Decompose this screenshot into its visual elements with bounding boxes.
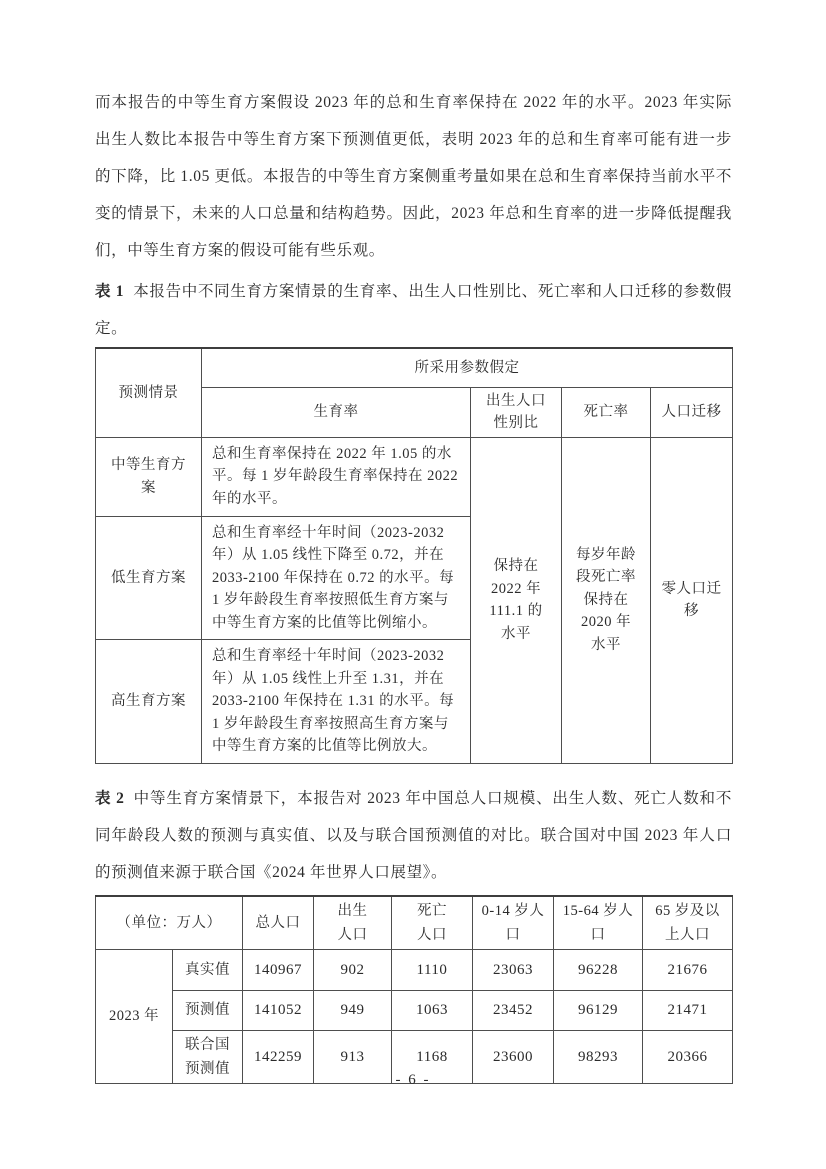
document-page: 而本报告的中等生育方案假设 2023 年的总和生育率保持在 2022 年的水平。… xyxy=(0,0,826,1169)
table1-fertility-cell: 总和生育率经十年时间（2023-2032 年）从 1.05 线性下降至 0.72… xyxy=(202,516,471,640)
table2-header-age-15-64: 15-64 岁人口 xyxy=(554,896,643,950)
table2-header-total-population: 总人口 xyxy=(243,896,314,950)
table2-caption-text: 中等生育方案情景下，本报告对 2023 年中国总人口规模、出生人数、死亡人数和不… xyxy=(95,790,732,881)
table1-scenario-cell: 中等生育方案 xyxy=(96,437,202,516)
table1-header-sex-ratio: 出生人口性别比 xyxy=(471,387,562,437)
table2-header-births: 出生人口 xyxy=(314,896,392,950)
page-number: - 6 - xyxy=(0,1072,826,1089)
table2-row-predicted: 预测值 141052 949 1063 23452 96129 21471 xyxy=(96,990,733,1030)
table1-header-fertility: 生育率 xyxy=(202,387,471,437)
table1-header-params-group: 所采用参数假定 xyxy=(202,348,733,387)
table2-caption: 表 2中等生育方案情景下，本报告对 2023 年中国总人口规模、出生人数、死亡人… xyxy=(95,780,732,891)
table1-row-medium: 中等生育方案 总和生育率保持在 2022 年 1.05 的水平。每 1 岁年龄段… xyxy=(96,437,733,516)
table2-value-cell: 21471 xyxy=(643,990,733,1030)
table2-value-cell: 21676 xyxy=(643,949,733,990)
table1-fertility-cell: 总和生育率经十年时间（2023-2032 年）从 1.05 线性上升至 1.31… xyxy=(202,640,471,764)
page-content: 而本报告的中等生育方案假设 2023 年的总和生育率保持在 2022 年的水平。… xyxy=(95,0,732,1084)
table2-value-cell: 96228 xyxy=(554,949,643,990)
table2-value-cell: 140967 xyxy=(243,949,314,990)
table2-value-cell: 23452 xyxy=(473,990,554,1030)
table1-header-row-1: 预测情景 所采用参数假定 xyxy=(96,348,733,387)
table1-scenario-cell: 高生育方案 xyxy=(96,640,202,764)
intro-paragraph: 而本报告的中等生育方案假设 2023 年的总和生育率保持在 2022 年的水平。… xyxy=(95,84,732,269)
table1-merged-sex-ratio-cell: 保持在 2022 年 111.1 的水平 xyxy=(471,437,562,763)
table2-value-cell: 1063 xyxy=(392,990,473,1030)
table1-parameter-assumptions: 预测情景 所采用参数假定 生育率 出生人口性别比 死亡率 人口迁移 中等生育方案… xyxy=(95,347,733,764)
table2-value-cell: 949 xyxy=(314,990,392,1030)
table1-caption-label: 表 1 xyxy=(95,283,124,300)
table2-header-age-65-plus: 65 岁及以上人口 xyxy=(643,896,733,950)
table2-row-label: 真实值 xyxy=(173,949,243,990)
table2-value-cell: 96129 xyxy=(554,990,643,1030)
table2-header-row: （单位：万人） 总人口 出生人口 死亡人口 0-14 岁人口 15-64 岁人口… xyxy=(96,896,733,950)
table1-header-mortality: 死亡率 xyxy=(562,387,651,437)
table2-population-comparison: （单位：万人） 总人口 出生人口 死亡人口 0-14 岁人口 15-64 岁人口… xyxy=(95,895,733,1084)
table1-fertility-cell: 总和生育率保持在 2022 年 1.05 的水平。每 1 岁年龄段生育率保持在 … xyxy=(202,437,471,516)
table2-header-deaths: 死亡人口 xyxy=(392,896,473,950)
table2-value-cell: 902 xyxy=(314,949,392,990)
table2-year-cell: 2023 年 xyxy=(96,949,173,1083)
table2-row-actual: 2023 年 真实值 140967 902 1110 23063 96228 2… xyxy=(96,949,733,990)
table2-header-age-0-14: 0-14 岁人口 xyxy=(473,896,554,950)
table1-merged-mortality-cell: 每岁年龄段死亡率保持在 2020 年水平 xyxy=(562,437,651,763)
table1-caption: 表 1本报告中不同生育方案情景的生育率、出生人口性别比、死亡率和人口迁移的参数假… xyxy=(95,273,732,347)
table2-value-cell: 23063 xyxy=(473,949,554,990)
table1-caption-text: 本报告中不同生育方案情景的生育率、出生人口性别比、死亡率和人口迁移的参数假定。 xyxy=(95,283,732,337)
table2-value-cell: 1110 xyxy=(392,949,473,990)
table2-row-label: 预测值 xyxy=(173,990,243,1030)
table1-scenario-cell: 低生育方案 xyxy=(96,516,202,640)
table2-unit-label: （单位：万人） xyxy=(96,896,243,950)
table2-value-cell: 141052 xyxy=(243,990,314,1030)
table1-header-scenario: 预测情景 xyxy=(96,348,202,437)
table1-merged-migration-cell: 零人口迁移 xyxy=(651,437,733,763)
table1-header-migration: 人口迁移 xyxy=(651,387,733,437)
table2-caption-label: 表 2 xyxy=(95,790,124,807)
